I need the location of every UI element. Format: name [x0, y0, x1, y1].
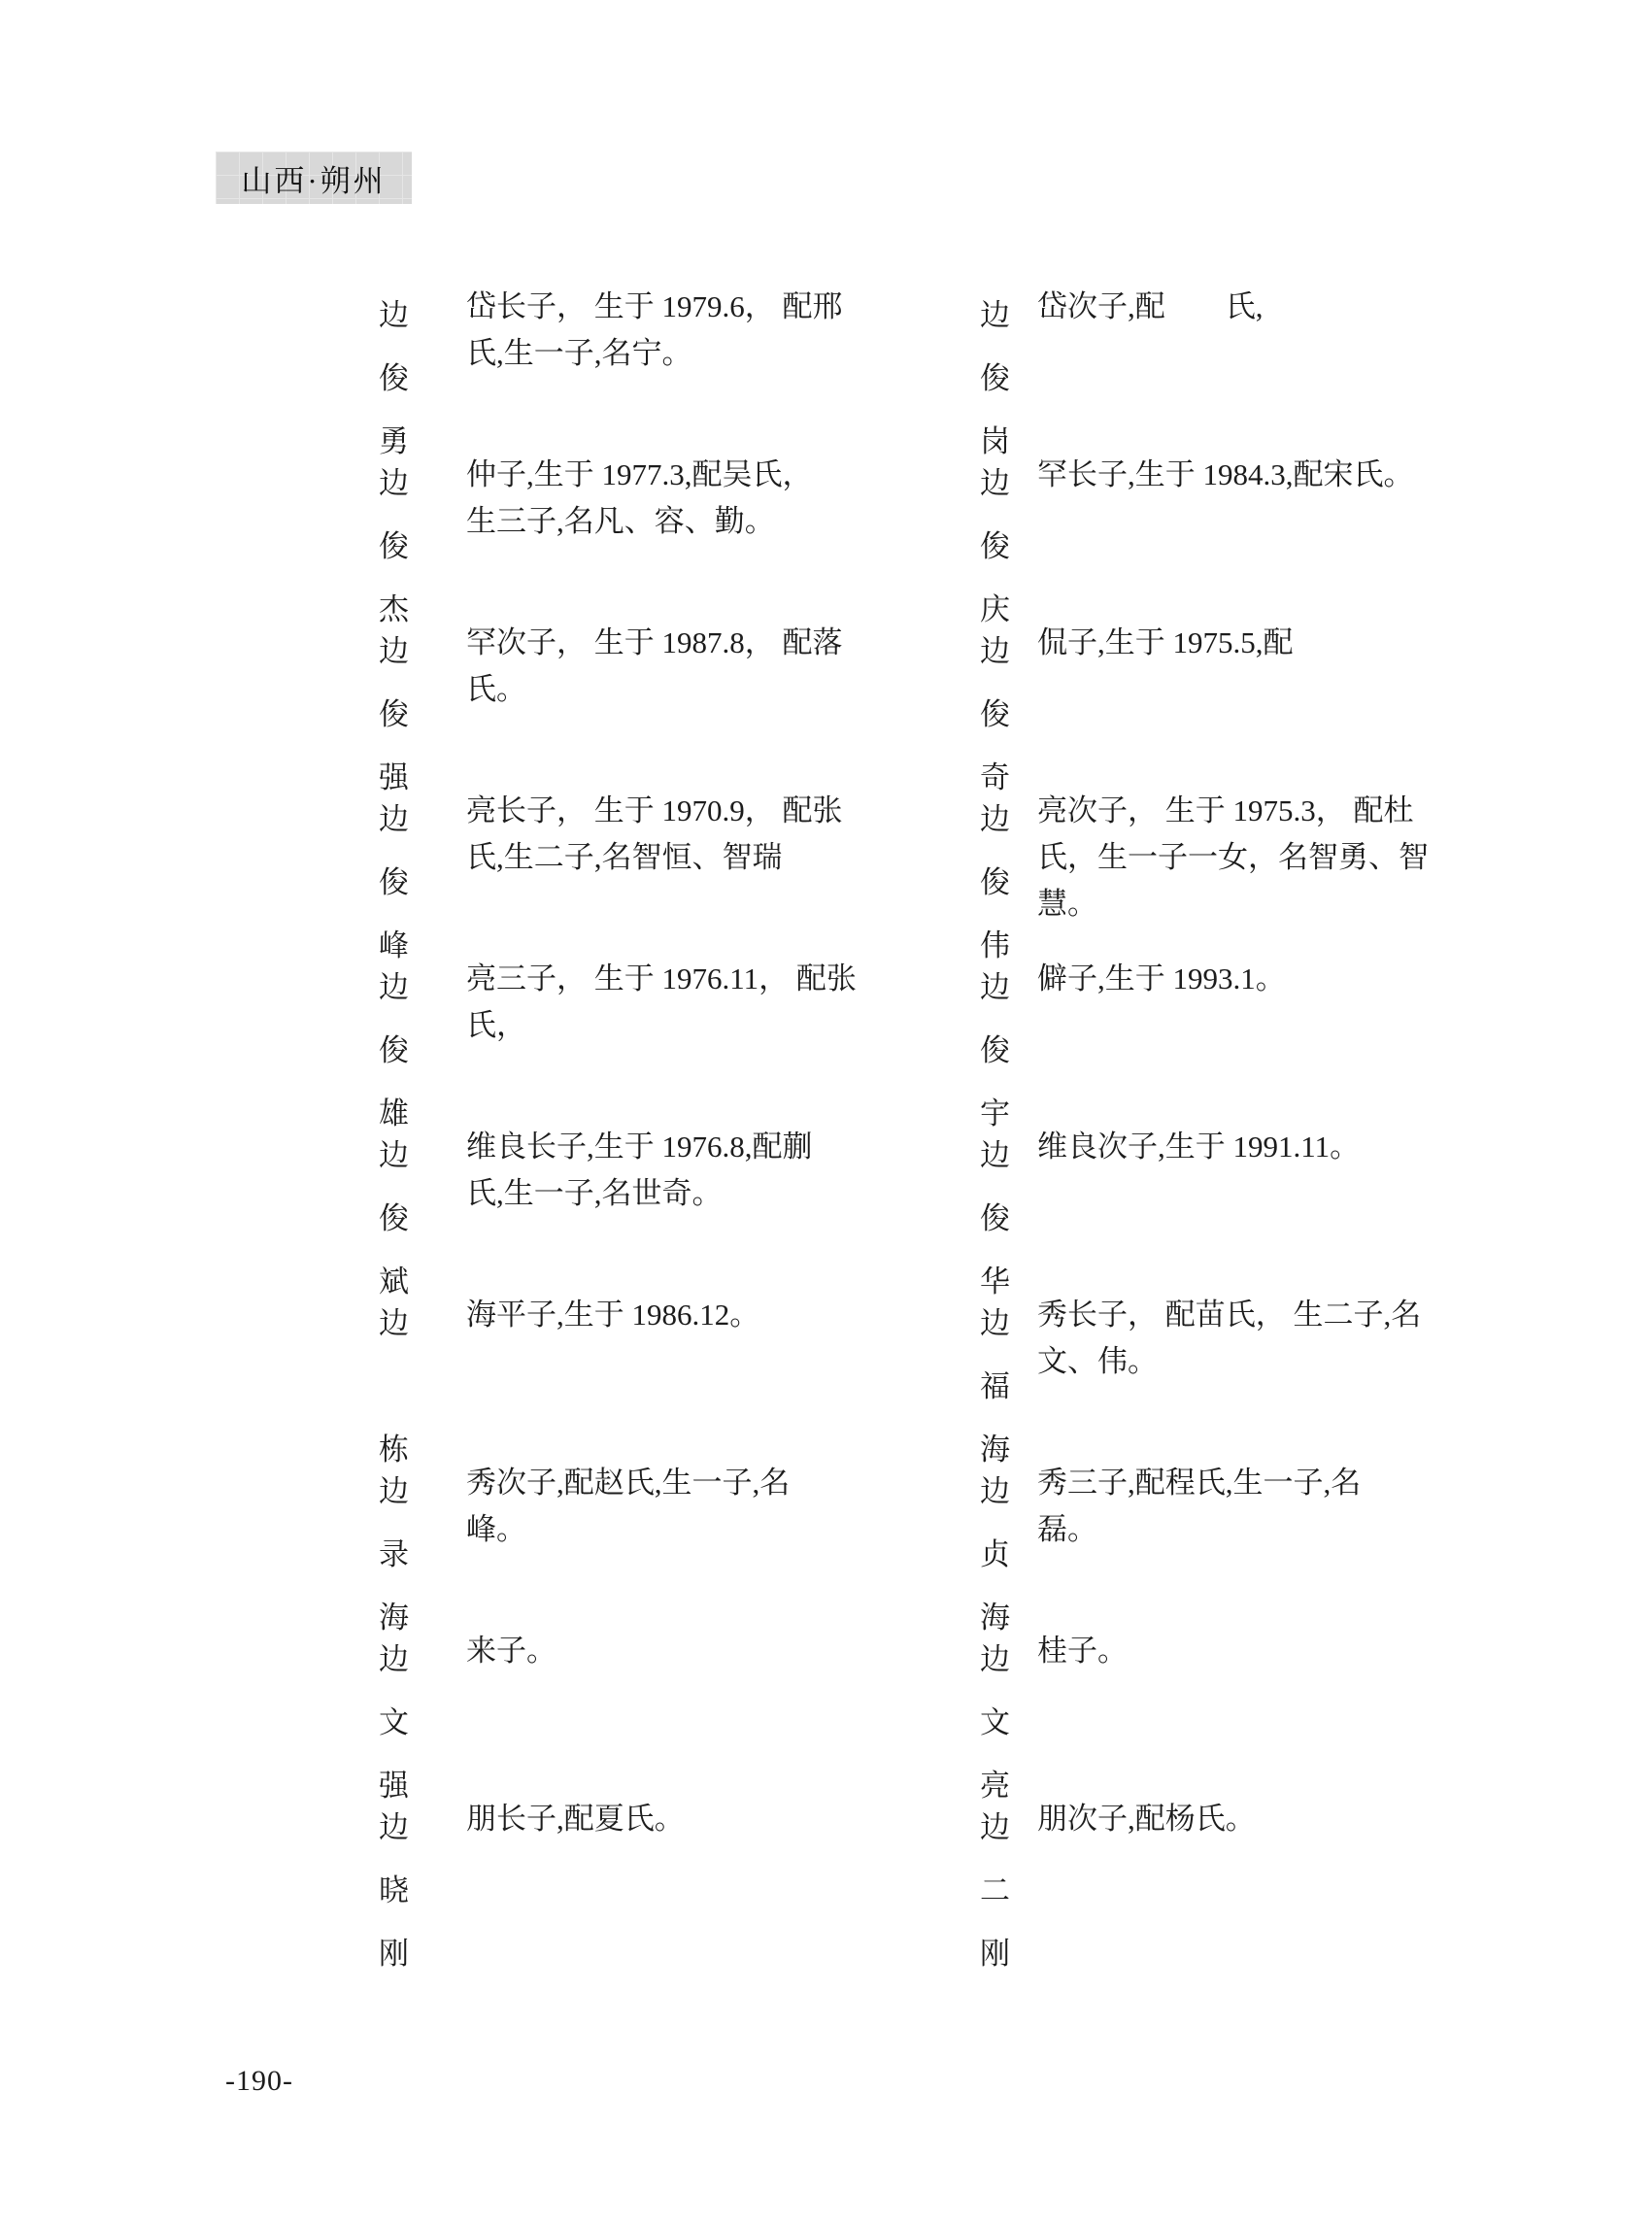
entry-description: 亮长子， 生于 1970.9， 配张 氏,生二子,名智恒、智瑞 — [466, 780, 890, 881]
entry-description: 秀三子,配程氏,生一子,名 磊。 — [1037, 1452, 1474, 1553]
person-name: 边 福 海 — [980, 1292, 1037, 1481]
document-page: 山西·朔州 边 俊 勇 岱长子， 生于 1979.6， 配邢 氏,生一子,名宁。… — [0, 0, 1652, 2226]
person-name: 边 二 刚 — [980, 1796, 1037, 1985]
person-name: 边 俊 奇 — [980, 620, 1037, 809]
entry-row: 边 文 强 来子。 边 文 亮 桂子。 — [0, 1628, 1652, 1796]
person-name: 边 俊 雄 — [379, 956, 466, 1145]
person-name: 边 俊 峰 — [379, 788, 466, 977]
entry-description: 僻子,生于 1993.1。 — [1037, 948, 1474, 1002]
person-name: 边 贞 海 — [980, 1460, 1037, 1649]
person-name: 边 俊 斌 — [379, 1124, 466, 1313]
entry-description: 亮次子， 生于 1975.3， 配杜 氏，生一子一女，名智勇、智 慧。 — [1037, 780, 1474, 927]
person-name: 边 俊 杰 — [379, 452, 466, 641]
entry-description: 朋长子,配夏氏。 — [466, 1788, 890, 1842]
person-name: 边 文 亮 — [980, 1628, 1037, 1817]
page-number: -190- — [225, 2065, 293, 2098]
person-name: 边 俊 宇 — [980, 956, 1037, 1145]
entry-description: 秀长子， 配苗氏， 生二子,名 文、伟。 — [1037, 1284, 1474, 1385]
entry-right: 边 二 刚 朋次子,配杨氏。 — [980, 1796, 1474, 1985]
person-name: 边 晓 刚 — [379, 1796, 466, 1985]
entry-description: 罕长子,生于 1984.3,配宋氏。 — [1037, 444, 1474, 498]
entry-description: 秀次子,配赵氏,生一子,名 峰。 — [466, 1452, 890, 1553]
entry-description: 维良次子,生于 1991.11。 — [1037, 1116, 1474, 1170]
entry-description: 岱次子,配 氏, — [1037, 276, 1474, 330]
entry-description: 朋次子,配杨氏。 — [1037, 1788, 1474, 1842]
entry-description: 亮三子， 生于 1976.11， 配张 氏， — [466, 948, 890, 1049]
person-name: 边 俊 华 — [980, 1124, 1037, 1313]
person-name: 边 俊 勇 — [379, 284, 466, 473]
entry-description: 岱长子， 生于 1979.6， 配邢 氏,生一子,名宁。 — [466, 276, 890, 377]
person-name: 边 俊 庆 — [980, 452, 1037, 641]
entry-description: 维良长子,生于 1976.8,配蒯 氏,生一子,名世奇。 — [466, 1116, 890, 1217]
entry-description: 侃子,生于 1975.5,配 — [1037, 612, 1474, 666]
person-name: 边 栋 — [379, 1292, 466, 1481]
person-name: 边 俊 岗 — [980, 284, 1037, 473]
person-name: 边 俊 强 — [379, 620, 466, 809]
entry-row: 边 俊 斌 维良长子,生于 1976.8,配蒯 氏,生一子,名世奇。 边 俊 华… — [0, 1124, 1652, 1292]
entry-row: 边 栋 海平子,生于 1986.12。 边 福 海 秀长子， 配苗氏， 生二子,… — [0, 1292, 1652, 1460]
person-name: 边 俊 伟 — [980, 788, 1037, 977]
entry-description: 海平子,生于 1986.12。 — [466, 1284, 890, 1338]
entry-row: 边 俊 雄 亮三子， 生于 1976.11， 配张 氏， 边 俊 宇 僻子,生于… — [0, 956, 1652, 1124]
entry-row: 边 俊 杰 仲子,生于 1977.3,配吴氏， 生三子,名凡、容、勤。 边 俊 … — [0, 452, 1652, 620]
entry-description: 仲子,生于 1977.3,配吴氏， 生三子,名凡、容、勤。 — [466, 444, 890, 545]
entry-description: 来子。 — [466, 1620, 890, 1674]
entry-row: 边 俊 峰 亮长子， 生于 1970.9， 配张 氏,生二子,名智恒、智瑞 边 … — [0, 788, 1652, 956]
genealogy-entries: 边 俊 勇 岱长子， 生于 1979.6， 配邢 氏,生一子,名宁。 边 俊 岗… — [0, 284, 1652, 1964]
region-header-badge: 山西·朔州 — [216, 152, 412, 204]
person-name: 边 录 海 — [379, 1460, 466, 1649]
person-name: 边 文 强 — [379, 1628, 466, 1817]
entry-row: 边 录 海 秀次子,配赵氏,生一子,名 峰。 边 贞 海 秀三子,配程氏,生一子… — [0, 1460, 1652, 1628]
entry-row: 边 俊 勇 岱长子， 生于 1979.6， 配邢 氏,生一子,名宁。 边 俊 岗… — [0, 284, 1652, 452]
entry-description: 桂子。 — [1037, 1620, 1474, 1674]
entry-row: 边 俊 强 罕次子， 生于 1987.8， 配落 氏。 边 俊 奇 侃子,生于 … — [0, 620, 1652, 788]
entry-left: 边 晓 刚 朋长子,配夏氏。 — [379, 1796, 890, 1985]
entry-row: 边 晓 刚 朋长子,配夏氏。 边 二 刚 朋次子,配杨氏。 — [0, 1796, 1652, 1964]
entry-description: 罕次子， 生于 1987.8， 配落 氏。 — [466, 612, 890, 713]
